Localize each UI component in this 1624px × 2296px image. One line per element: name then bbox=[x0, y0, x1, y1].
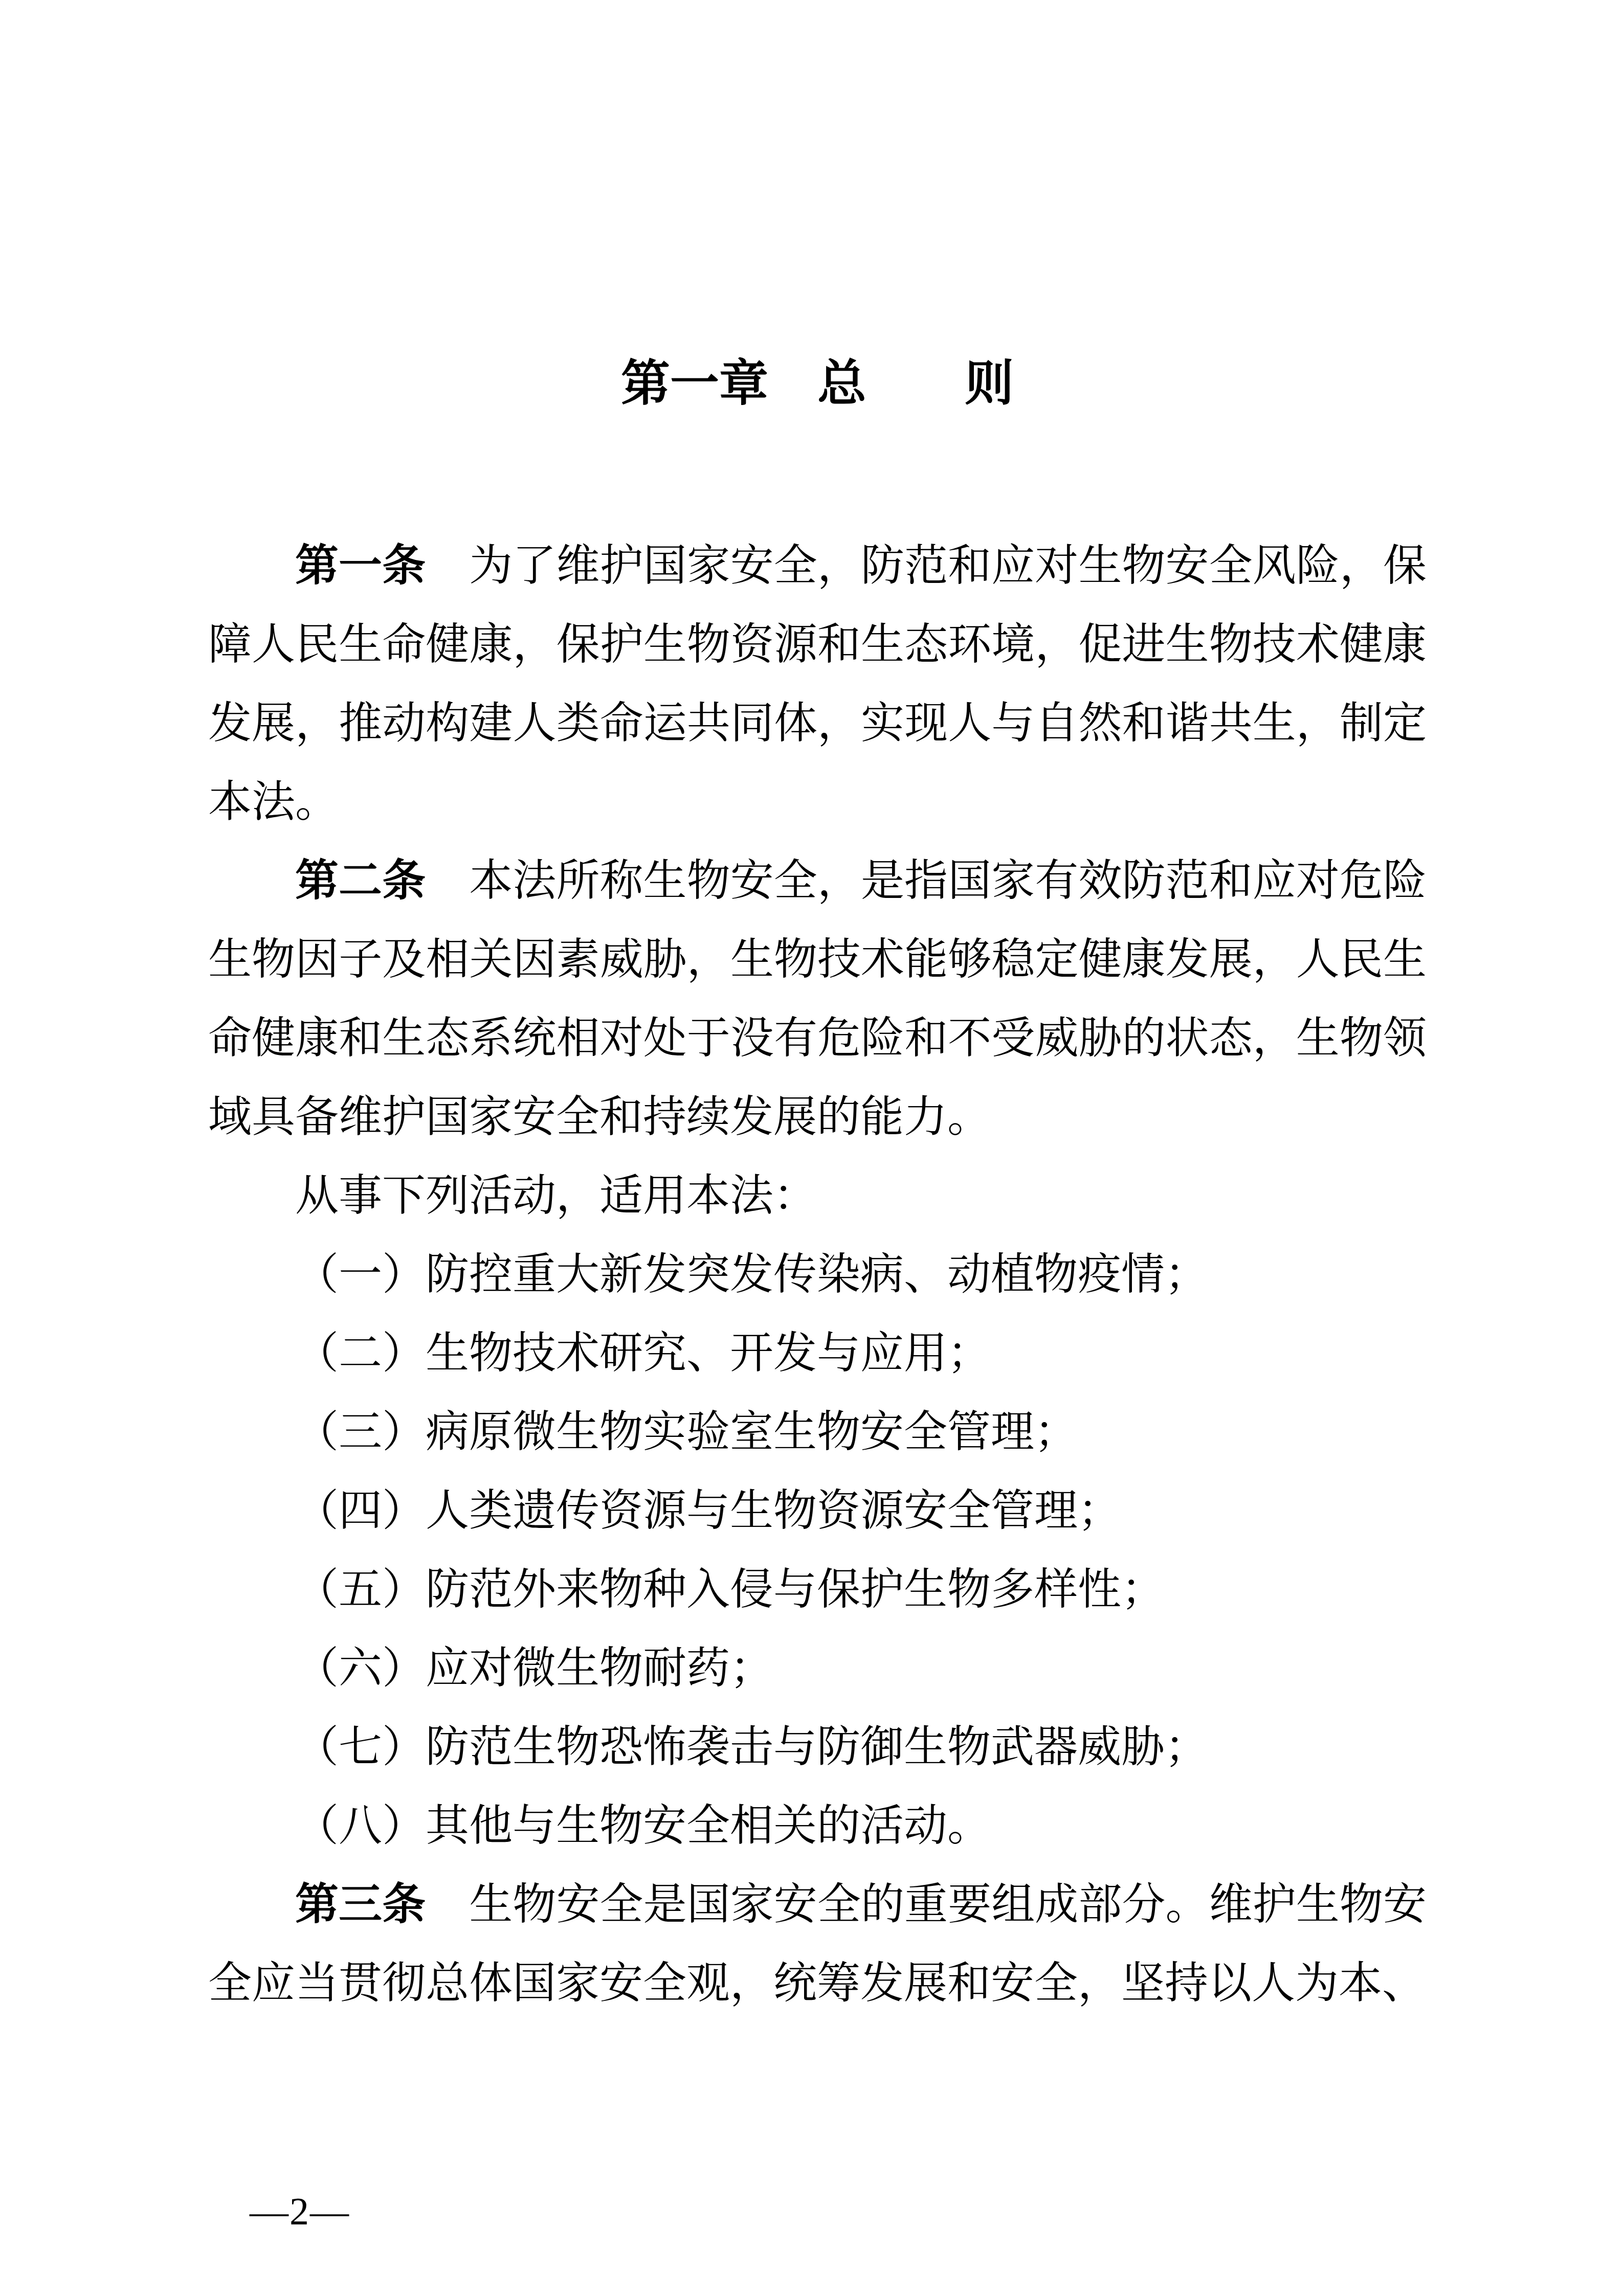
article-2-paragraph: 第二条本法所称生物安全，是指国家有效防范和应对危险生物因子及相关因素威胁，生物技… bbox=[208, 842, 1427, 1157]
article-3-paragraph: 第三条生物安全是国家安全的重要组成部分。维护生物安全应当贯彻总体国家安全观，统筹… bbox=[208, 1865, 1427, 2023]
article-1-paragraph: 第一条为了维护国家安全，防范和应对生物安全风险，保障人民生命健康，保护生物资源和… bbox=[208, 527, 1427, 842]
text-block: 第一章 总 则 第一条为了维护国家安全，防范和应对生物安全风险，保障人民生命健康… bbox=[208, 0, 1427, 2023]
scope-item-8: （八）其他与生物安全相关的活动。 bbox=[208, 1787, 1427, 1865]
scope-item-1: （一）防控重大新发突发传染病、动植物疫情； bbox=[208, 1235, 1427, 1314]
article-3-label: 第三条 bbox=[295, 1880, 426, 1929]
scope-item-6: （六）应对微生物耐药； bbox=[208, 1629, 1427, 1708]
scope-item-4: （四）人类遗传资源与生物资源安全管理； bbox=[208, 1472, 1427, 1550]
article-1-label: 第一条 bbox=[295, 542, 426, 590]
document-page: 第一章 总 则 第一条为了维护国家安全，防范和应对生物安全风险，保障人民生命健康… bbox=[0, 0, 1624, 2296]
scope-item-3: （三）病原微生物实验室生物安全管理； bbox=[208, 1393, 1427, 1472]
scope-item-2: （二）生物技术研究、开发与应用； bbox=[208, 1314, 1427, 1393]
chapter-title: 第一章 总 则 bbox=[208, 353, 1427, 414]
scope-intro: 从事下列活动，适用本法： bbox=[208, 1157, 1427, 1235]
scope-item-7: （七）防范生物恐怖袭击与防御生物武器威胁； bbox=[208, 1708, 1427, 1787]
scope-item-5: （五）防范外来物种入侵与保护生物多样性； bbox=[208, 1550, 1427, 1629]
page-number: —2— bbox=[250, 2189, 350, 2235]
article-2-label: 第二条 bbox=[295, 857, 426, 905]
